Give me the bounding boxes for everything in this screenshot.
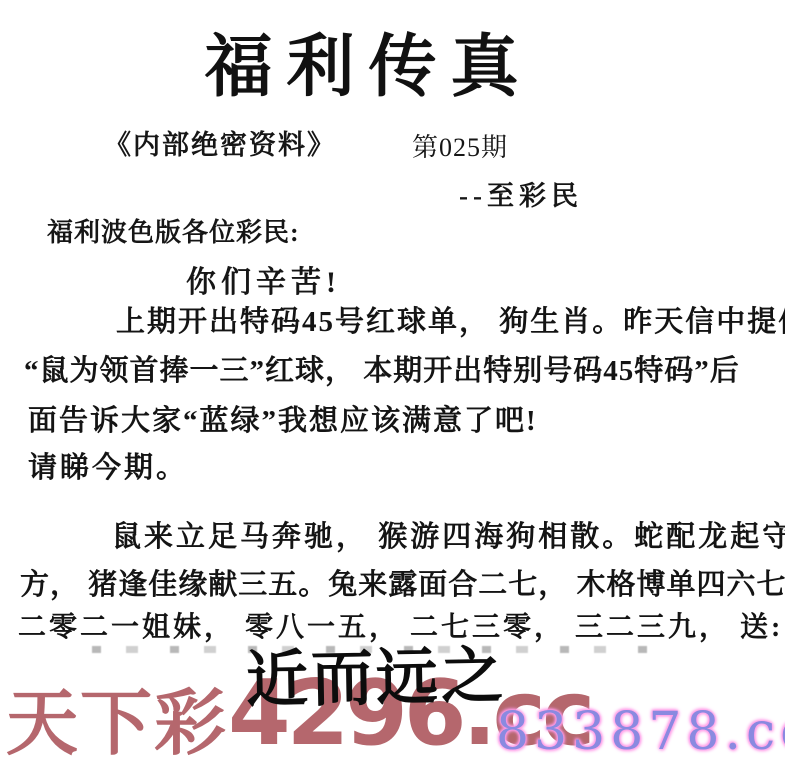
watermark-domain-right: 833878.com bbox=[496, 704, 785, 761]
salutation-line: 福利波色版各位彩民: bbox=[47, 219, 300, 248]
masthead-title: 福利传真 bbox=[0, 30, 785, 105]
paragraph-line-2: “鼠为领首捧一三”红球， 本期开出特别号码45特码”后 bbox=[24, 356, 740, 388]
issue-number: 第025期 bbox=[412, 134, 508, 163]
source-label: 《内部绝密资料》 bbox=[104, 131, 336, 161]
greeting-line: 你们辛苦! bbox=[186, 266, 341, 299]
paragraph-line-3: 面告诉大家“蓝绿”我想应该满意了吧! bbox=[28, 406, 538, 438]
fax-sheet: 福利传真 《内部绝密资料》 第025期 --至彩民 福利波色版各位彩民: 你们辛… bbox=[0, 0, 785, 772]
verse-line-2: 方， 猪逢佳缘献三五。兔来露面合二七， 木格博单四六七。 bbox=[20, 570, 785, 602]
verse-line-3: 二零二一姐妹， 零八一五， 二七三零， 三二三九， 送: 蓝绿 bbox=[18, 613, 785, 644]
closing-phrase-calligraphy: 近而远之 bbox=[245, 643, 506, 716]
paragraph-line-4: 请睇今期。 bbox=[28, 453, 188, 485]
watermark-brand-text: 天下彩 bbox=[6, 684, 228, 763]
verse-line-1: 鼠来立足马奔驰， 猴游四海狗相散。蛇配龙起守八 bbox=[112, 522, 785, 554]
paragraph-line-1: 上期开出特码45号红球单， 狗生肖。昨天信中提供 bbox=[116, 307, 785, 339]
dedication-line: --至彩民 bbox=[459, 182, 583, 212]
